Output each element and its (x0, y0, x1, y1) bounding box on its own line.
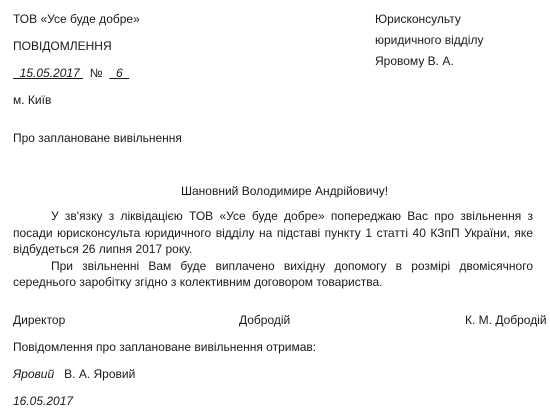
document-number: 6 (109, 66, 129, 80)
acknowledgement-signature-line: Яровий В. А. Яровий (13, 367, 135, 381)
addressee-department: юридичного відділу (375, 33, 483, 47)
signer-position: Директор (13, 313, 65, 327)
signer-name: К. М. Добродій (465, 313, 547, 327)
addressee-position: Юрисконсульту (375, 12, 461, 26)
number-label: № (90, 66, 103, 80)
acknowledgement-label: Повідомлення про заплановане вивільнення… (13, 340, 316, 354)
body-paragraph-1: У зв'язку з ліквідацією ТОВ «Усе буде до… (13, 208, 533, 258)
addressee-name: Яровому В. А. (375, 54, 454, 68)
signer-signature: Добродій (239, 313, 290, 327)
document-date-number: 15.05.2017 № 6 (13, 66, 129, 80)
document-type: ПОВІДОМЛЕННЯ (13, 39, 112, 53)
acknowledgement-date: 16.05.2017 (13, 394, 73, 408)
organization-name: ТОВ «Усе буде добре» (13, 12, 140, 26)
recipient-name: В. А. Яровий (64, 367, 135, 381)
city: м. Київ (13, 93, 51, 107)
salutation: Шановний Володимире Андрійовичу! (181, 184, 388, 198)
body-paragraph-2: При звільненні Вам буде виплачено вихідн… (13, 258, 533, 291)
recipient-signature: Яровий (13, 367, 54, 381)
document-date: 15.05.2017 (13, 66, 83, 80)
letter-body: У зв'язку з ліквідацією ТОВ «Усе буде до… (13, 208, 533, 291)
subject: Про заплановане вивільнення (13, 131, 182, 145)
